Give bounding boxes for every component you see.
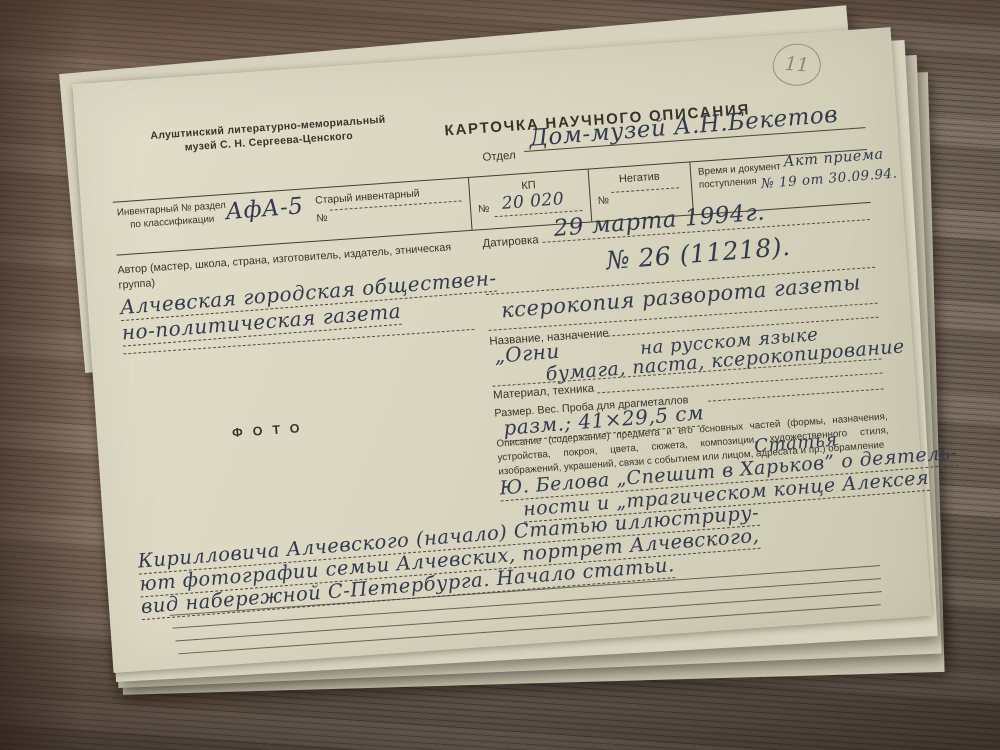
otdel-label: Отдел [482, 150, 516, 164]
pencil-page-number: 11 [771, 42, 822, 87]
museum-name: Алуштинский литературно-мемориальный муз… [128, 111, 409, 159]
kp-no-sign: № [478, 203, 490, 217]
page-number-text: 11 [784, 53, 810, 77]
old-inventory-no-sign: № [316, 212, 328, 226]
negative-no-sign: № [597, 194, 609, 208]
dating-label: Датировка [482, 234, 539, 250]
negative-fill-line [611, 187, 679, 193]
catalog-card: Алуштинский литературно-мемориальный муз… [72, 27, 931, 673]
inventory-number-label: Инвентарный № раздел по классификации [115, 200, 229, 233]
inventory-number-value: АфА-5 [225, 193, 305, 225]
photo-placeholder-label: ФОТО [232, 421, 310, 440]
photo-scene: Алуштинский литературно-мемориальный муз… [0, 0, 1000, 750]
negative-label: Негатив [588, 167, 691, 188]
kp-number-value: 20 020 [501, 189, 565, 214]
size-fill-line [708, 388, 884, 401]
paper-stack: Алуштинский литературно-мемориальный муз… [72, 27, 931, 673]
issue-number-value: № 26 (11218). [605, 232, 792, 275]
object-type-value: ксерокопия разворота газеты [500, 270, 861, 322]
